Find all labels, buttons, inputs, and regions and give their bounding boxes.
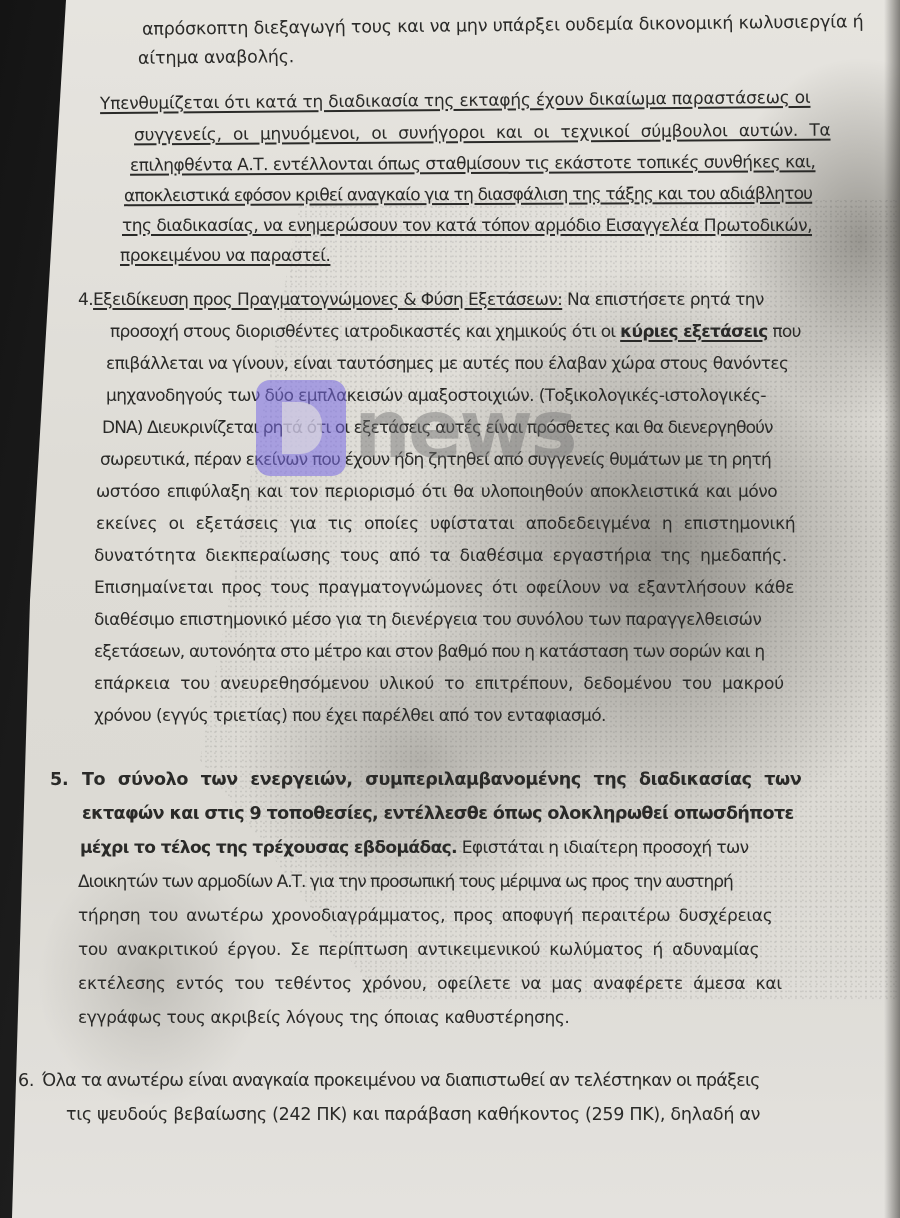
item4-line-9: δυνατότητα διεκπεραίωσης τους από τα δια…: [94, 546, 787, 566]
item5-deadline: μέχρι το τέλος της τρέχουσας εβδομάδας.: [80, 838, 457, 858]
item4-line-2-before: προσοχή στους διορισθέντες ιατροδικαστές…: [110, 322, 620, 342]
continuation-line-2: αίτημα αναβολής.: [138, 47, 294, 69]
item4-line-2: προσοχή στους διορισθέντες ιατροδικαστές…: [110, 322, 801, 342]
item5-line-6: του ανακριτικού έργου. Σε περίπτωση αντι…: [78, 940, 759, 960]
item4-first-line: 4.Εξειδίκευση προς Πραγματογνώμονες & Φύ…: [78, 290, 764, 310]
item6-line-2: τις ψευδούς βεβαίωσης (242 ΠΚ) και παράβ…: [66, 1105, 760, 1125]
item5-line-4: Διοικητών των αρμοδίων Α.Τ. για την προσ…: [78, 872, 733, 892]
item4-line-10: Επισημαίνεται προς τους πραγματογνώμονες…: [94, 578, 794, 598]
continuation-line-1: απρόσκοπτη διεξαγωγή τους και να μην υπά…: [142, 12, 864, 40]
item5-line-3: μέχρι το τέλος της τρέχουσας εβδομάδας. …: [80, 838, 749, 858]
item5-number: 5.: [50, 770, 68, 790]
watermark-news-text: news: [354, 390, 575, 470]
item5-line-1: Το σύνολο των ενεργειών, συμπεριλαμβανομ…: [82, 770, 801, 790]
photocopy-noise: [0, 0, 900, 1218]
item5-line-8: εγγράφως τους ακριβείς λόγους της όποιας…: [78, 1008, 569, 1028]
item5-line-2: εκταφών και στις 9 τοποθεσίες, εντέλλεσθ…: [82, 804, 794, 824]
item4-line-11: διαθέσιμο επιστημονικό μέσο για τη διενέ…: [94, 610, 761, 630]
item4-key-exams: κύριες εξετάσεις: [620, 322, 768, 342]
item6-line-1: Όλα τα ανωτέρω είναι αναγκαία προκειμένο…: [42, 1071, 760, 1091]
item4-line-13: επάρκεια του ανευρεθησόμενου υλικού το ε…: [94, 674, 784, 694]
reminder-line-2: συγγενείς, οι μηνυόμενοι, οι συνήγοροι κ…: [134, 121, 831, 146]
item4-line-7: ωστόσο επιφύλαξη και τον περιορισμό ότι …: [96, 482, 777, 502]
reminder-line-4: αποκλειστικά εφόσον κριθεί αναγκαίο για …: [124, 184, 812, 206]
paper-sheet: απρόσκοπτη διεξαγωγή τους και να μην υπά…: [0, 0, 900, 1218]
item5-line-5: τήρηση του ανωτέρω χρονοδιαγράμματος, πρ…: [78, 906, 772, 926]
reminder-line-6: προκειμένου να παραστεί.: [120, 246, 330, 266]
item4-line-12: εξετάσεων, αυτονόητα στο μέτρο και στον …: [94, 642, 764, 662]
paper-edge: [884, 0, 900, 1218]
dnews-watermark: news: [256, 380, 556, 480]
item6-number: 6.: [18, 1071, 34, 1091]
watermark-d-logo-icon: [256, 380, 346, 476]
reminder-line-5: της διαδικασίας, να ενημερώσουν τον κατά…: [122, 216, 812, 236]
item4-heading: Εξειδίκευση προς Πραγματογνώμονες & Φύση…: [93, 290, 562, 310]
item4-line-14: χρόνου (εγγύς τριετίας) που έχει παρέλθε…: [94, 706, 606, 726]
item5-line-3-rest: Εφιστάται η ιδιαίτερη προσοχή των: [457, 838, 749, 858]
item4-first-line-rest: Να επιστήσετε ρητά την: [562, 290, 764, 310]
item4-line-8: εκείνες οι εξετάσεις για τις οποίες υφίσ…: [96, 514, 795, 534]
reminder-line-1: Υπενθυμίζεται ότι κατά τη διαδικασία της…: [100, 88, 806, 114]
reminder-line-3: επιληφθέντα Α.Τ. εντέλλονται όπως σταθμί…: [130, 152, 816, 176]
item5-line-7: εκτέλεσης εντός του τεθέντος χρόνου, οφε…: [78, 974, 782, 994]
item4-line-3: επιβάλλεται να γίνουν, είναι ταυτόσημες …: [106, 354, 788, 374]
item4-line-2-after: που: [768, 322, 801, 342]
item4-number: 4.: [78, 290, 93, 310]
